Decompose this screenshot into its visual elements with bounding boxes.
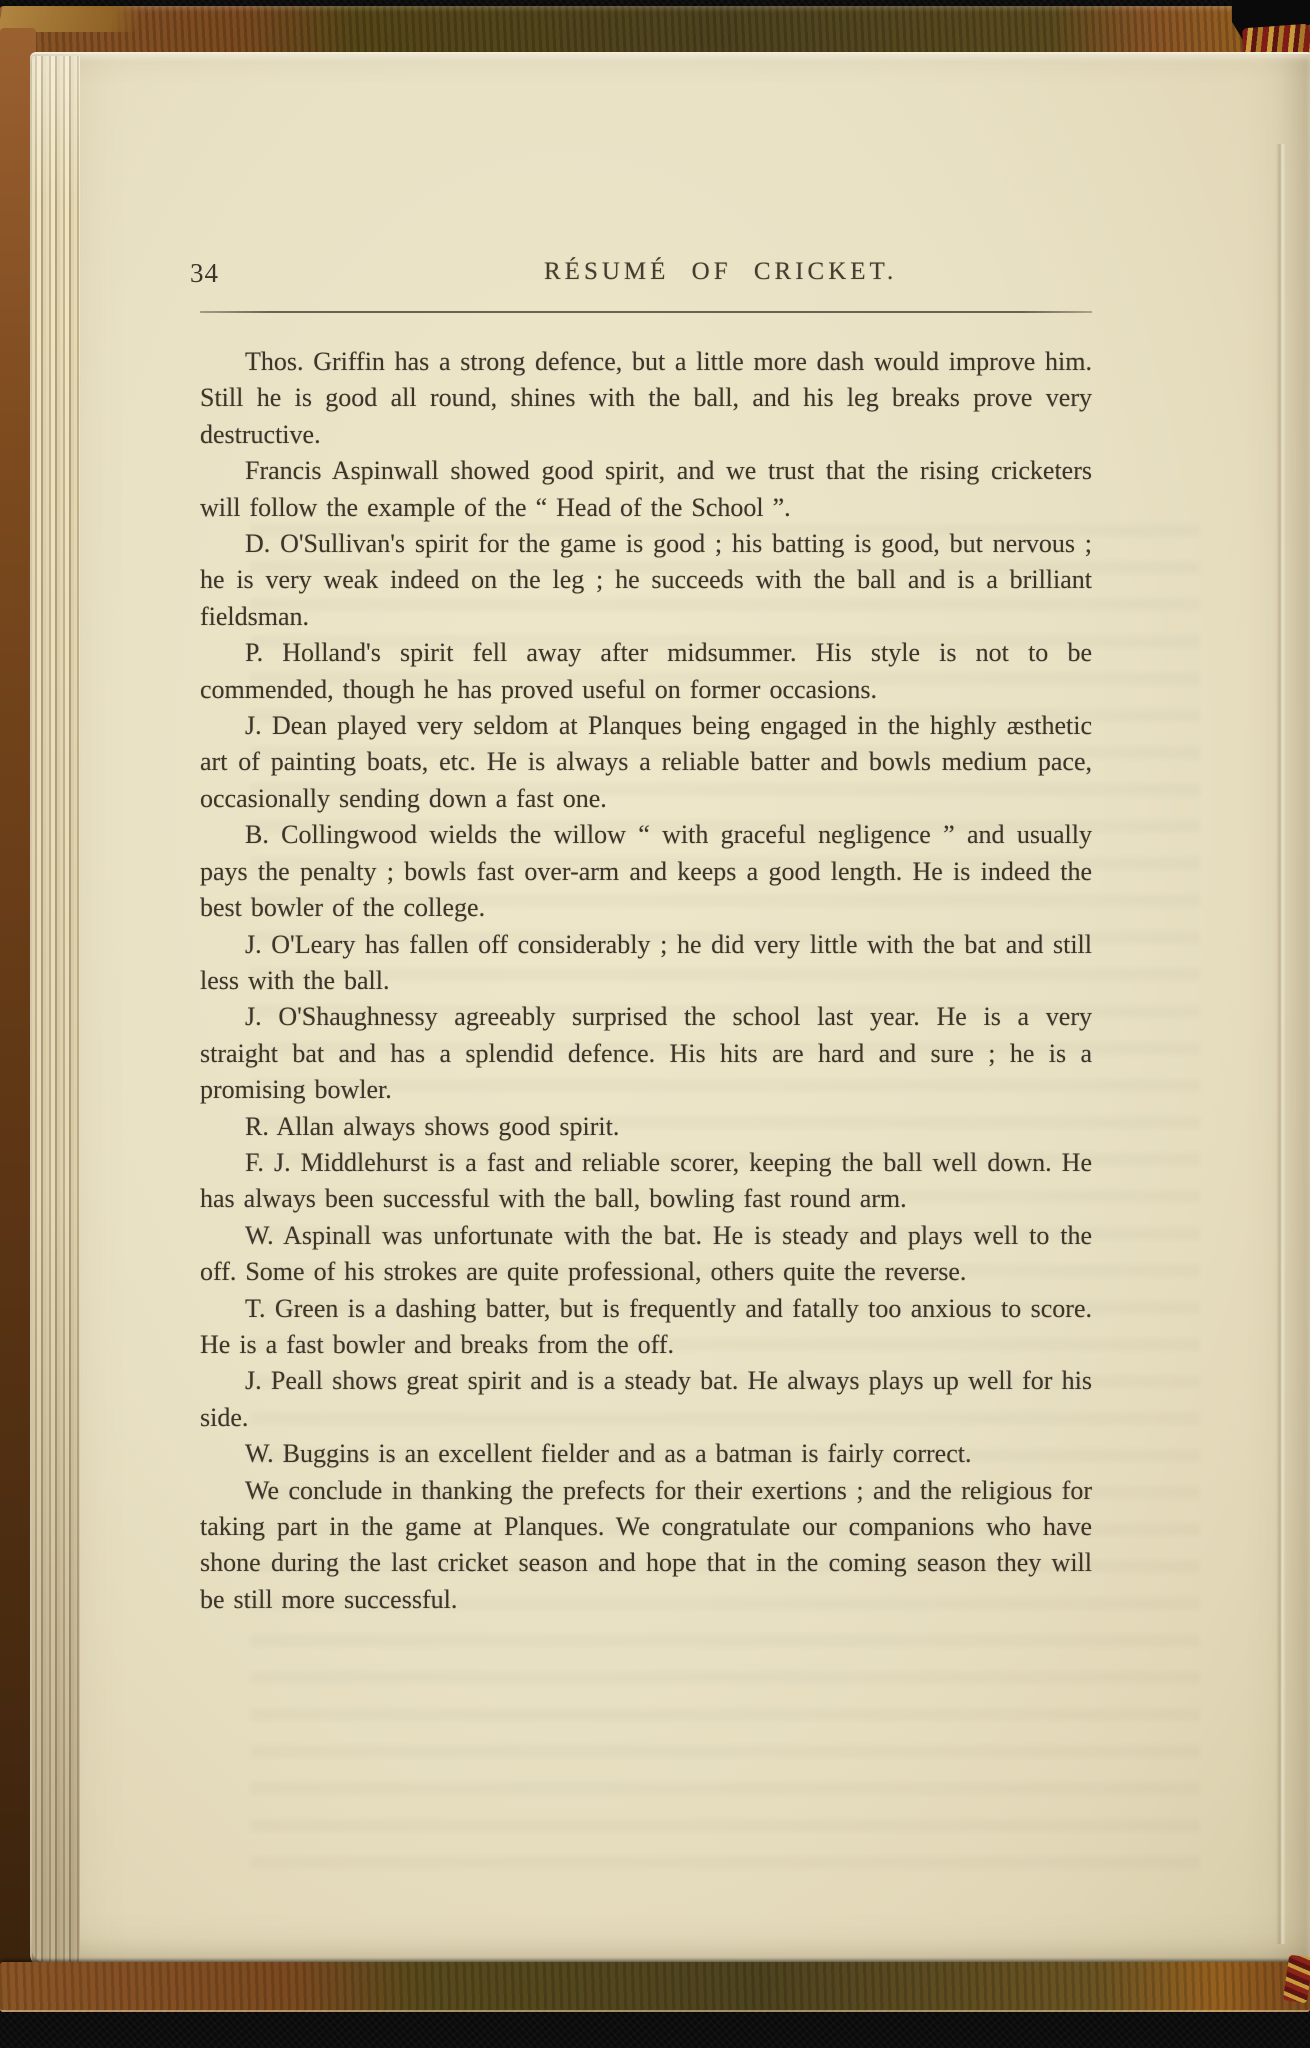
paragraph: J. O'Shaughnessy agreeably surprised the… <box>200 999 1092 1108</box>
page-number: 34 <box>190 258 219 289</box>
paragraph: F. J. Middlehurst is a fast and reliable… <box>200 1145 1092 1218</box>
page-stack-edges <box>32 56 80 1962</box>
paragraph: T. Green is a dashing batter, but is fre… <box>200 1291 1092 1364</box>
paragraph: We conclude in thanking the prefects for… <box>200 1473 1092 1619</box>
paragraph: Francis Aspinwall showed good spirit, an… <box>200 453 1092 526</box>
page-crease <box>1276 144 1286 1944</box>
paragraph: J. Peall shows great spirit and is a ste… <box>200 1363 1092 1436</box>
paragraph: J. Dean played very seldom at Planques b… <box>200 708 1092 817</box>
book-cover-top-edge <box>0 6 1310 58</box>
running-header: RÉSUMÉ OF CRICKET. <box>544 258 897 286</box>
book-photo: 34 RÉSUMÉ OF CRICKET. Thos. Griffin has … <box>0 0 1310 2048</box>
paragraph: W. Buggins is an excellent fielder and a… <box>200 1436 1092 1472</box>
paragraph: B. Collingwood wields the willow “ with … <box>200 817 1092 926</box>
header-rule <box>200 311 1092 313</box>
paragraph: R. Allan always shows good spirit. <box>200 1109 1092 1145</box>
paragraph: D. O'Sullivan's spirit for the game is g… <box>200 526 1092 635</box>
paragraph: Thos. Griffin has a strong defence, but … <box>200 344 1092 453</box>
paragraph: J. O'Leary has fallen off considerably ;… <box>200 927 1092 1000</box>
paragraph: P. Holland's spirit fell away after mids… <box>200 635 1092 708</box>
book-page: 34 RÉSUMÉ OF CRICKET. Thos. Griffin has … <box>30 52 1310 1968</box>
book-cover-bottom-edge <box>0 1962 1310 2012</box>
body-text: Thos. Griffin has a strong defence, but … <box>200 344 1092 1618</box>
paragraph: W. Aspinall was unfortunate with the bat… <box>200 1218 1092 1291</box>
